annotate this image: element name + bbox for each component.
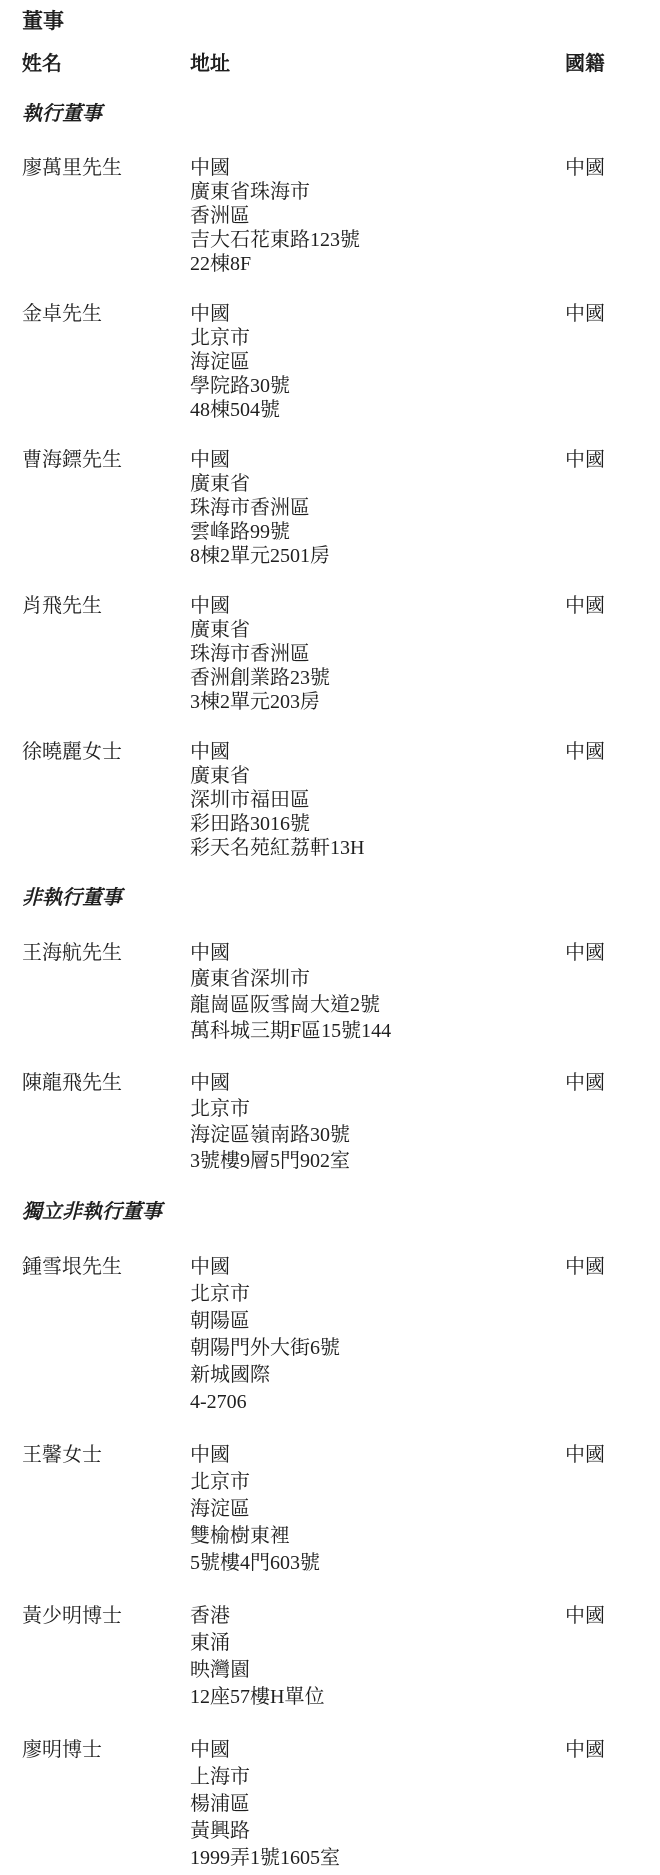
address-line: 22棟8F	[190, 252, 565, 276]
director-row: 廖明博士中國上海市楊浦區黃興路1999弄1號1605室中國	[22, 1737, 660, 1872]
address-line: 上海市	[190, 1764, 565, 1791]
address-line: 珠海市香洲區	[190, 642, 565, 666]
director-name: 王馨女士	[22, 1442, 190, 1469]
address-line: 香洲區	[190, 204, 565, 228]
address-line: 廣東省	[190, 472, 565, 496]
address-line: 4-2706	[190, 1389, 565, 1416]
director-nationality: 中國	[565, 1254, 660, 1281]
address-line: 5號樓4門603號	[190, 1550, 565, 1577]
address-line: 朝陽門外大街6號	[190, 1335, 565, 1362]
director-name: 徐曉麗女士	[22, 740, 190, 764]
address-line: 萬科城三期F區15號144	[190, 1018, 565, 1044]
address-line: 黃興路	[190, 1818, 565, 1845]
director-nationality: 中國	[565, 1603, 660, 1630]
address-line: 海淀區嶺南路30號	[190, 1122, 565, 1148]
table-header-row: 姓名 地址 國籍	[22, 52, 660, 76]
director-address: 中國廣東省珠海市香洲區雲峰路99號8棟2單元2501房	[190, 448, 565, 568]
director-name: 鍾雪垠先生	[22, 1254, 190, 1281]
director-nationality: 中國	[565, 448, 660, 472]
director-address: 中國廣東省珠海市香洲區吉大石花東路123號22棟8F	[190, 156, 565, 276]
director-name: 曹海鏢先生	[22, 448, 190, 472]
director-name: 王海航先生	[22, 940, 190, 966]
section-heading: 執行董事	[22, 102, 660, 126]
address-line: 48棟504號	[190, 398, 565, 422]
address-line: 中國	[190, 594, 565, 618]
address-line: 北京市	[190, 1469, 565, 1496]
address-line: 東涌	[190, 1630, 565, 1657]
director-section: 非執行董事王海航先生中國廣東省深圳市龍崗區阪雪崗大道2號萬科城三期F區15號14…	[22, 886, 660, 1174]
address-line: 廣東省	[190, 618, 565, 642]
director-nationality: 中國	[565, 940, 660, 966]
director-nationality: 中國	[565, 302, 660, 326]
director-row: 王海航先生中國廣東省深圳市龍崗區阪雪崗大道2號萬科城三期F區15號144中國	[22, 940, 660, 1044]
director-nationality: 中國	[565, 1737, 660, 1764]
director-address: 中國北京市海淀區雙榆樹東裡5號樓4門603號	[190, 1442, 565, 1577]
address-line: 中國	[190, 1442, 565, 1469]
director-address: 中國北京市朝陽區朝陽門外大街6號新城國際4-2706	[190, 1254, 565, 1416]
address-line: 北京市	[190, 1096, 565, 1122]
director-nationality: 中國	[565, 594, 660, 618]
director-row: 廖萬里先生中國廣東省珠海市香洲區吉大石花東路123號22棟8F中國	[22, 156, 660, 276]
address-line: 北京市	[190, 1281, 565, 1308]
address-line: 12座57樓H單位	[190, 1684, 565, 1711]
director-address: 香港東涌映灣園12座57樓H單位	[190, 1603, 565, 1711]
address-line: 映灣園	[190, 1657, 565, 1684]
address-line: 楊浦區	[190, 1791, 565, 1818]
address-line: 深圳市福田區	[190, 788, 565, 812]
director-name: 黃少明博士	[22, 1603, 190, 1630]
director-address: 中國廣東省深圳市福田區彩田路3016號彩天名苑紅荔軒13H	[190, 740, 565, 860]
director-row: 鍾雪垠先生中國北京市朝陽區朝陽門外大街6號新城國際4-2706中國	[22, 1254, 660, 1416]
director-nationality: 中國	[565, 1442, 660, 1469]
address-line: 1999弄1號1605室	[190, 1845, 565, 1872]
director-address: 中國上海市楊浦區黃興路1999弄1號1605室	[190, 1737, 565, 1872]
address-line: 中國	[190, 448, 565, 472]
address-line: 中國	[190, 1070, 565, 1096]
address-line: 中國	[190, 1737, 565, 1764]
address-line: 彩田路3016號	[190, 812, 565, 836]
address-line: 廣東省珠海市	[190, 180, 565, 204]
director-sections: 執行董事廖萬里先生中國廣東省珠海市香洲區吉大石花東路123號22棟8F中國金卓先…	[22, 102, 660, 1872]
section-heading: 獨立非執行董事	[22, 1200, 660, 1224]
address-line: 彩天名苑紅荔軒13H	[190, 836, 565, 860]
director-row: 陳龍飛先生中國北京市海淀區嶺南路30號3號樓9層5門902室中國	[22, 1070, 660, 1174]
director-address: 中國北京市海淀區嶺南路30號3號樓9層5門902室	[190, 1070, 565, 1174]
page-title: 董事	[22, 8, 660, 34]
address-line: 3棟2單元203房	[190, 690, 565, 714]
address-line: 吉大石花東路123號	[190, 228, 565, 252]
address-line: 8棟2單元2501房	[190, 544, 565, 568]
director-nationality: 中國	[565, 740, 660, 764]
director-address: 中國北京市海淀區學院路30號48棟504號	[190, 302, 565, 422]
address-line: 中國	[190, 940, 565, 966]
address-line: 廣東省	[190, 764, 565, 788]
director-address: 中國廣東省深圳市龍崗區阪雪崗大道2號萬科城三期F區15號144	[190, 940, 565, 1044]
address-line: 雙榆樹東裡	[190, 1523, 565, 1550]
address-line: 中國	[190, 740, 565, 764]
director-section: 執行董事廖萬里先生中國廣東省珠海市香洲區吉大石花東路123號22棟8F中國金卓先…	[22, 102, 660, 860]
director-row: 徐曉麗女士中國廣東省深圳市福田區彩田路3016號彩天名苑紅荔軒13H中國	[22, 740, 660, 860]
column-header-address: 地址	[190, 52, 565, 76]
director-nationality: 中國	[565, 1070, 660, 1096]
address-line: 中國	[190, 1254, 565, 1281]
director-name: 陳龍飛先生	[22, 1070, 190, 1096]
director-name: 肖飛先生	[22, 594, 190, 618]
director-row: 肖飛先生中國廣東省珠海市香洲區香洲創業路23號3棟2單元203房中國	[22, 594, 660, 714]
directors-page: 董事 姓名 地址 國籍 執行董事廖萬里先生中國廣東省珠海市香洲區吉大石花東路12…	[0, 0, 660, 1872]
director-row: 曹海鏢先生中國廣東省珠海市香洲區雲峰路99號8棟2單元2501房中國	[22, 448, 660, 568]
director-name: 金卓先生	[22, 302, 190, 326]
column-header-name: 姓名	[22, 52, 190, 76]
address-line: 香港	[190, 1603, 565, 1630]
address-line: 海淀區	[190, 1496, 565, 1523]
director-address: 中國廣東省珠海市香洲區香洲創業路23號3棟2單元203房	[190, 594, 565, 714]
column-header-nationality: 國籍	[565, 52, 660, 76]
address-line: 學院路30號	[190, 374, 565, 398]
address-line: 中國	[190, 302, 565, 326]
director-row: 金卓先生中國北京市海淀區學院路30號48棟504號中國	[22, 302, 660, 422]
address-line: 香洲創業路23號	[190, 666, 565, 690]
director-section: 獨立非執行董事鍾雪垠先生中國北京市朝陽區朝陽門外大街6號新城國際4-2706中國…	[22, 1200, 660, 1872]
address-line: 北京市	[190, 326, 565, 350]
address-line: 中國	[190, 156, 565, 180]
address-line: 廣東省深圳市	[190, 966, 565, 992]
director-name: 廖萬里先生	[22, 156, 190, 180]
director-name: 廖明博士	[22, 1737, 190, 1764]
address-line: 龍崗區阪雪崗大道2號	[190, 992, 565, 1018]
address-line: 新城國際	[190, 1362, 565, 1389]
address-line: 雲峰路99號	[190, 520, 565, 544]
director-row: 黃少明博士香港東涌映灣園12座57樓H單位中國	[22, 1603, 660, 1711]
address-line: 珠海市香洲區	[190, 496, 565, 520]
section-heading: 非執行董事	[22, 886, 660, 910]
director-nationality: 中國	[565, 156, 660, 180]
address-line: 海淀區	[190, 350, 565, 374]
address-line: 3號樓9層5門902室	[190, 1148, 565, 1174]
address-line: 朝陽區	[190, 1308, 565, 1335]
director-row: 王馨女士中國北京市海淀區雙榆樹東裡5號樓4門603號中國	[22, 1442, 660, 1577]
